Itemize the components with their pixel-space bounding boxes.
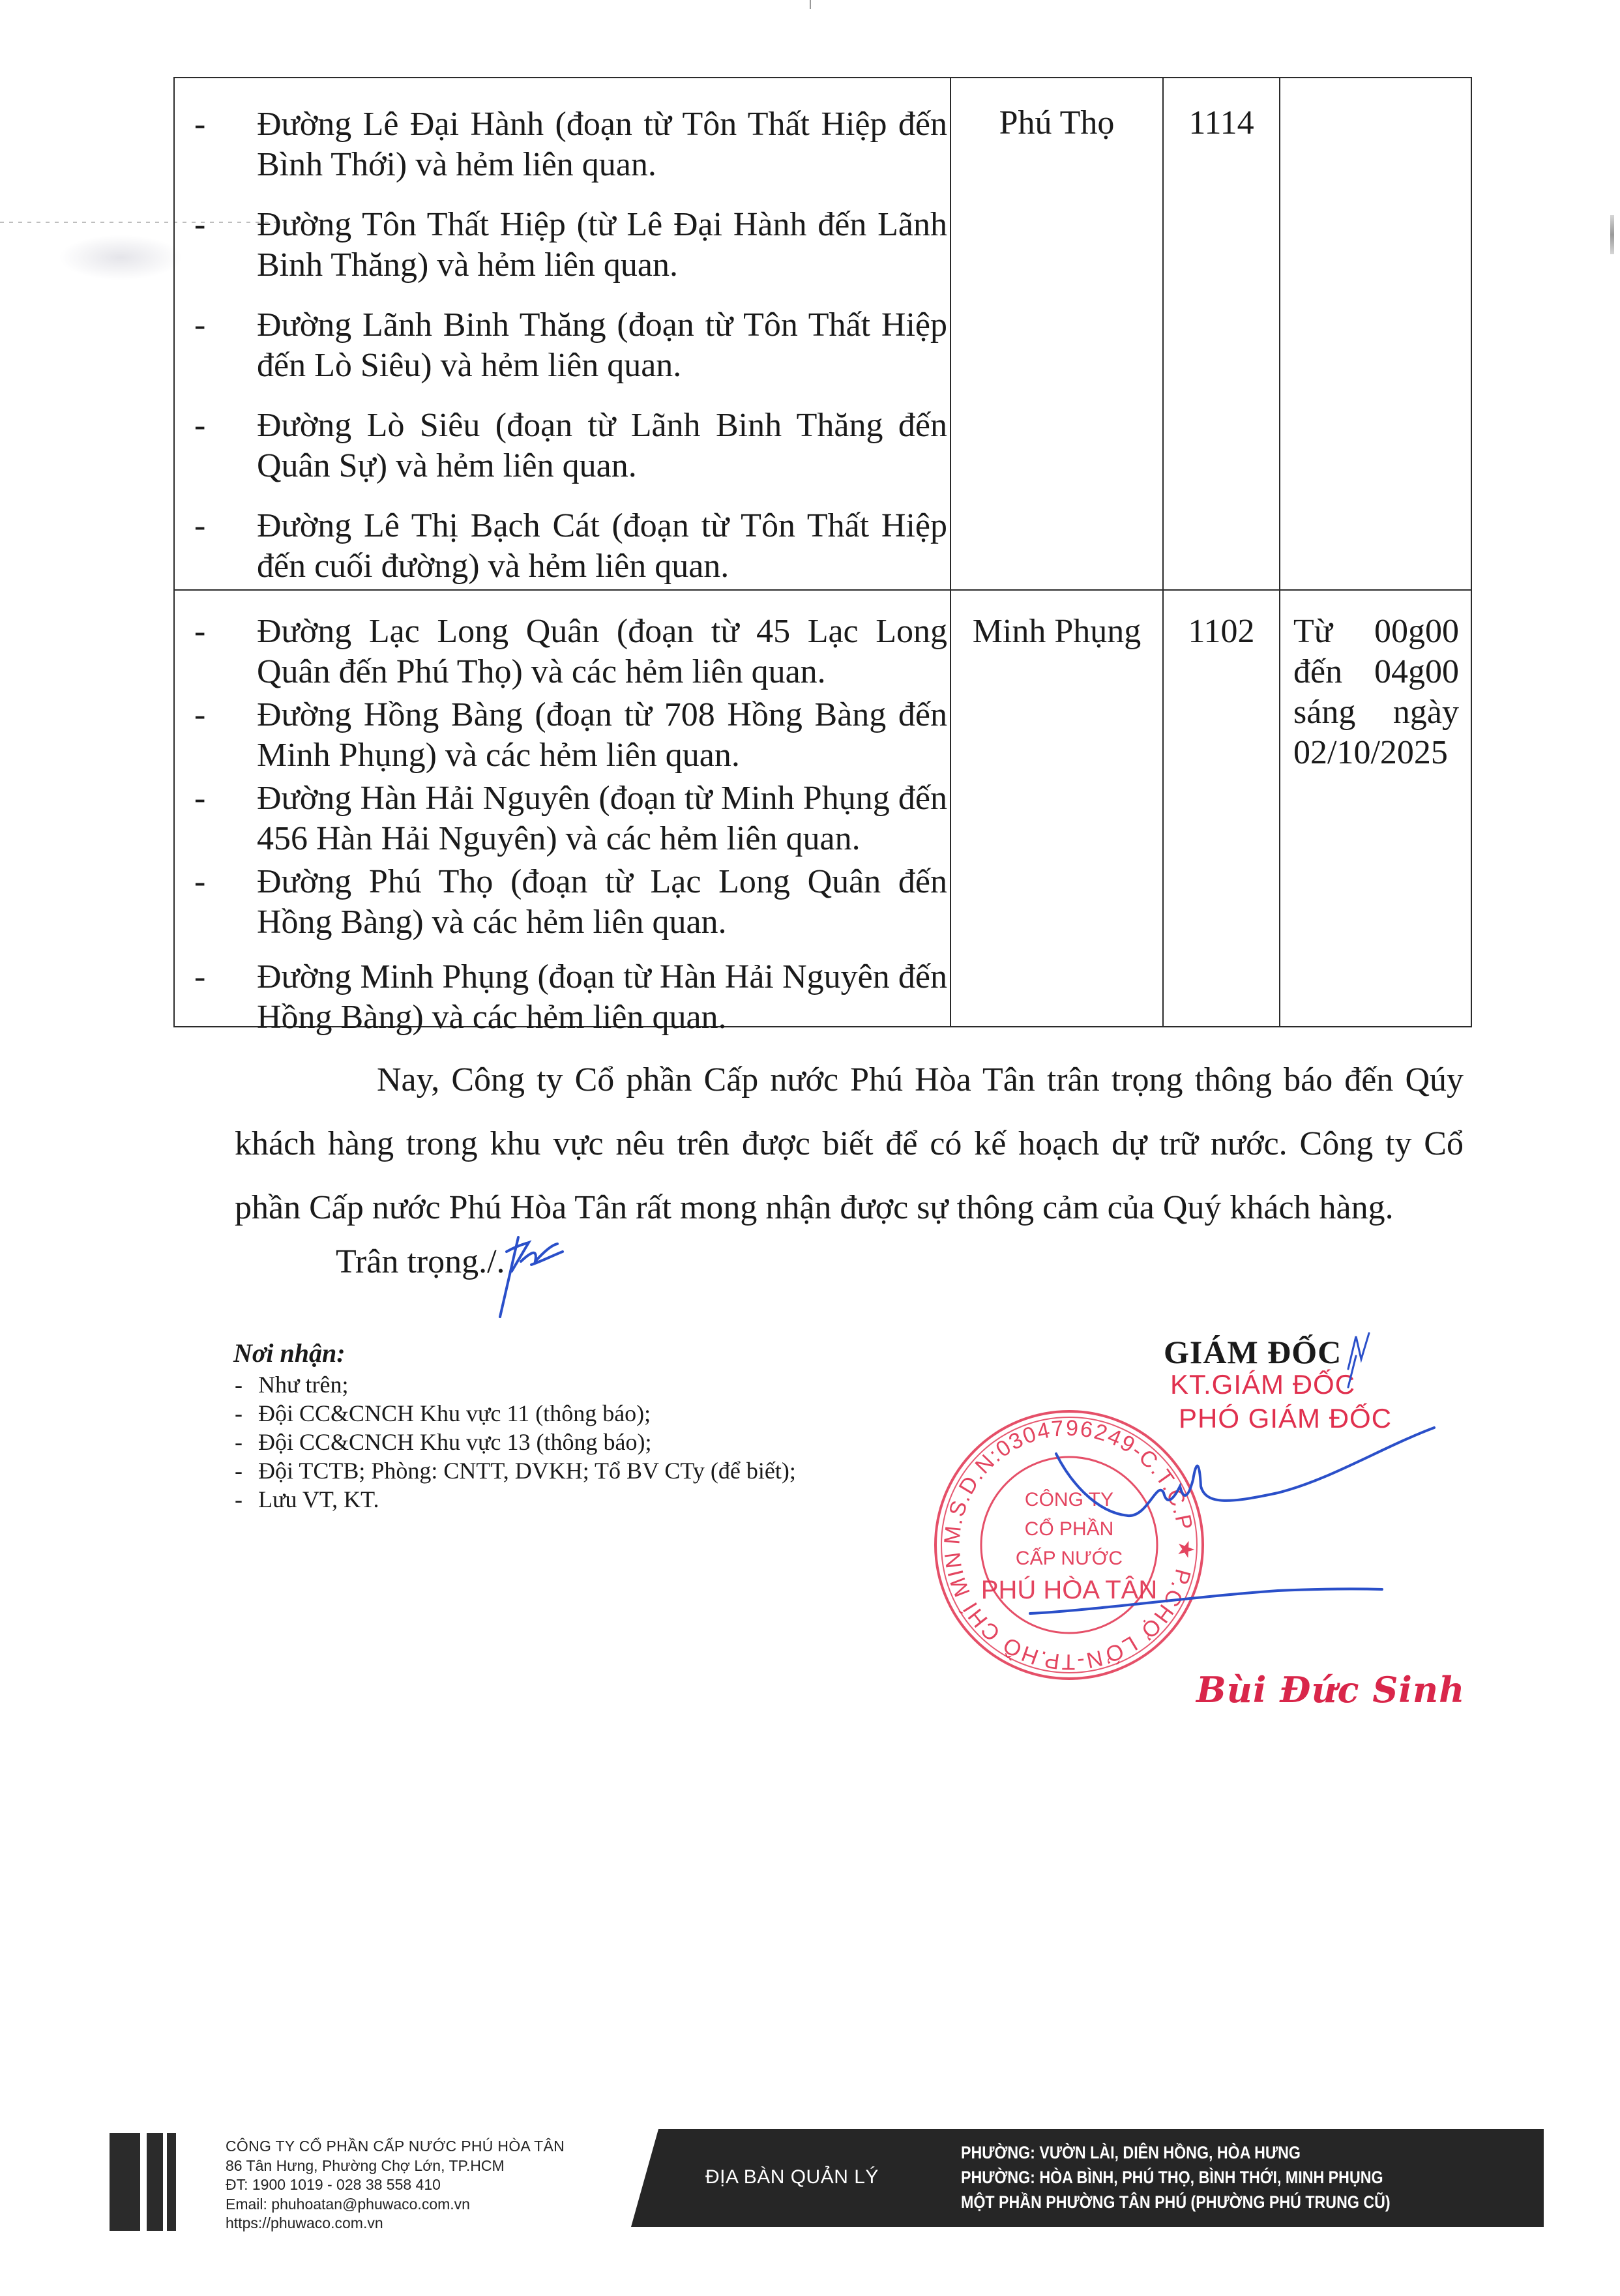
street-text: Đường Tôn Thất Hiệp (từ Lê Đại Hành đến …	[257, 205, 947, 286]
initials-signature-icon	[492, 1226, 570, 1323]
logo-bar	[167, 2133, 176, 2231]
street-item: -Đường Hồng Bàng (đoạn từ 708 Hồng Bàng …	[194, 695, 947, 776]
street-text: Đường Minh Phụng (đoạn từ Hàn Hải Nguyên…	[257, 957, 947, 1038]
table-row-2-code: 1102	[1164, 611, 1279, 652]
stamp-kt-line: KT.GIÁM ĐỐC	[1170, 1369, 1355, 1400]
handwritten-signature-icon	[1017, 1402, 1473, 1623]
bullet-dash: -	[194, 611, 220, 652]
company-email[interactable]: Email: phuhoatan@phuwaco.com.vn	[226, 2195, 565, 2215]
street-item: -Đường Phú Thọ (đoạn từ Lạc Long Quân đế…	[194, 862, 947, 943]
signature-title: GIÁM ĐỐC	[1164, 1333, 1342, 1371]
logo-bar	[147, 2133, 163, 2231]
street-item: -Đường Hàn Hải Nguyên (đoạn từ Minh Phụn…	[194, 778, 947, 859]
bullet-dash: -	[194, 862, 220, 902]
recipients-list: Như trên;Đội CC&CNCH Khu vực 11 (thông b…	[235, 1370, 796, 1514]
bullet-dash: -	[194, 405, 220, 446]
street-text: Đường Lê Thị Bạch Cát (đoạn từ Tôn Thất …	[257, 506, 947, 587]
recipient-item: Đội CC&CNCH Khu vực 11 (thông báo);	[235, 1399, 796, 1428]
service-area-list: PHƯỜNG: VƯỜN LÀI, DIÊN HỒNG, HÒA HƯNG PH…	[961, 2140, 1391, 2215]
scan-mark-top	[810, 0, 811, 9]
time-line: sáng ngày	[1293, 692, 1459, 733]
street-item: -Đường Lạc Long Quân (đoạn từ 45 Lạc Lon…	[194, 611, 947, 692]
col-divider	[1162, 78, 1164, 1026]
street-text: Đường Lò Siêu (đoạn từ Lãnh Binh Thăng đ…	[257, 405, 947, 486]
company-address: 86 Tân Hưng, Phường Chợ Lớn, TP.HCM	[226, 2156, 565, 2176]
col-divider	[950, 78, 951, 1026]
street-text: Đường Lê Đại Hành (đoạn từ Tôn Thất Hiệp…	[257, 104, 947, 185]
company-phone: ĐT: 1900 1019 - 028 38 558 410	[226, 2175, 565, 2195]
table-row-1-streets: -Đường Lê Đại Hành (đoạn từ Tôn Thất Hiệ…	[194, 104, 947, 606]
bullet-dash: -	[194, 205, 220, 245]
table-row-2-time: Từ 00g00đến 04g00sáng ngày02/10/2025	[1293, 611, 1459, 773]
recipients-title: Nơi nhận:	[233, 1338, 346, 1368]
street-item: -Đường Minh Phụng (đoạn từ Hàn Hải Nguyê…	[194, 957, 947, 1038]
signature-mark-icon	[1343, 1330, 1376, 1389]
bullet-dash: -	[194, 957, 220, 997]
time-line: Từ 00g00	[1293, 611, 1459, 652]
outage-table: -Đường Lê Đại Hành (đoạn từ Tôn Thất Hiệ…	[173, 77, 1472, 1027]
col-divider	[1279, 78, 1280, 1026]
street-text: Đường Lãnh Binh Thăng (đoạn từ Tôn Thất …	[257, 305, 947, 386]
bullet-dash: -	[194, 695, 220, 735]
bullet-dash: -	[194, 305, 220, 346]
street-text: Đường Phú Thọ (đoạn từ Lạc Long Quân đến…	[257, 862, 947, 943]
recipient-item: Lưu VT, KT.	[235, 1485, 796, 1514]
recipient-item: Đội CC&CNCH Khu vực 13 (thông báo);	[235, 1428, 796, 1456]
street-item: -Đường Lò Siêu (đoạn từ Lãnh Binh Thăng …	[194, 405, 947, 486]
bullet-dash: -	[194, 778, 220, 819]
recipient-item: Như trên;	[235, 1370, 796, 1399]
logo-bar	[110, 2133, 140, 2231]
street-text: Đường Lạc Long Quân (đoạn từ 45 Lạc Long…	[257, 611, 947, 692]
scan-artifact-smudge	[59, 235, 183, 280]
service-area-line: PHƯỜNG: HÒA BÌNH, PHÚ THỌ, BÌNH THỚI, MI…	[961, 2165, 1391, 2190]
time-line: đến 04g00	[1293, 652, 1459, 692]
street-item: -Đường Lê Đại Hành (đoạn từ Tôn Thất Hiệ…	[194, 104, 947, 185]
street-item: -Đường Lê Thị Bạch Cát (đoạn từ Tôn Thất…	[194, 506, 947, 587]
service-area-label: ĐỊA BÀN QUẢN LÝ	[705, 2166, 879, 2188]
closing-regards: Trân trọng./.	[336, 1242, 505, 1282]
company-name: CÔNG TY CỔ PHẦN CẤP NƯỚC PHÚ HÒA TÂN	[226, 2137, 565, 2156]
bullet-dash: -	[194, 506, 220, 546]
table-row-2-streets: -Đường Lạc Long Quân (đoạn từ 45 Lạc Lon…	[194, 611, 947, 1040]
recipient-item: Đội TCTB; Phòng: CNTT, DVKH; Tổ BV CTy (…	[235, 1456, 796, 1485]
table-row-1-code: 1114	[1164, 103, 1279, 143]
company-website[interactable]: https://phuwaco.com.vn	[226, 2214, 565, 2233]
company-info: CÔNG TY CỔ PHẦN CẤP NƯỚC PHÚ HÒA TÂN 86 …	[226, 2137, 565, 2233]
time-line: 02/10/2025	[1293, 733, 1459, 773]
street-item: -Đường Tôn Thất Hiệp (từ Lê Đại Hành đến…	[194, 205, 947, 286]
company-logo-bars	[110, 2133, 217, 2231]
scan-mark-right	[1610, 215, 1614, 254]
notice-paragraph: Nay, Công ty Cổ phần Cấp nước Phú Hòa Tâ…	[235, 1048, 1464, 1240]
table-row-1-ward: Phú Thọ	[951, 103, 1162, 143]
table-row-2-ward: Minh Phụng	[951, 611, 1162, 652]
street-text: Đường Hàn Hải Nguyên (đoạn từ Minh Phụng…	[257, 778, 947, 859]
service-area-line: PHƯỜNG: VƯỜN LÀI, DIÊN HỒNG, HÒA HƯNG	[961, 2140, 1391, 2165]
street-text: Đường Hồng Bàng (đoạn từ 708 Hồng Bàng đ…	[257, 695, 947, 776]
service-area-line: MỘT PHẦN PHƯỜNG TÂN PHÚ (PHƯỜNG PHÚ TRUN…	[961, 2190, 1391, 2215]
bullet-dash: -	[194, 104, 220, 145]
signer-name: Bùi Đức Sinh	[1196, 1669, 1465, 1711]
street-item: -Đường Lãnh Binh Thăng (đoạn từ Tôn Thất…	[194, 305, 947, 386]
